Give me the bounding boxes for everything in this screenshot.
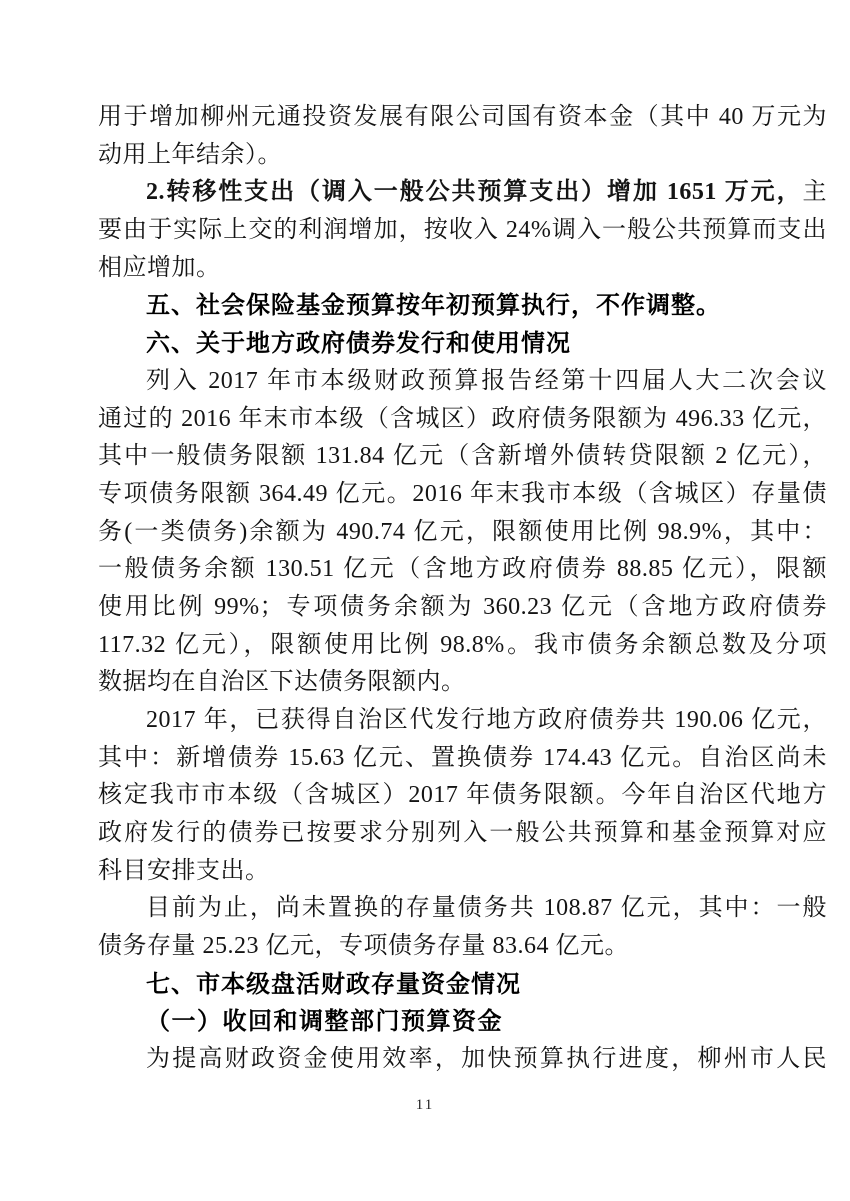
sub-heading: （一）收回和调整部门预算资金 <box>98 1004 827 1042</box>
text-run: 通过的 2016 年末市本级（含城区）政府债务限额为 496.33 亿元， <box>98 406 827 432</box>
text-run: 2017 年，已获得自治区代发行地方政府债券共 190.06 亿元， <box>146 707 827 733</box>
body-text-line: 要由于实际上交的利润增加，按收入 24%调入一般公共预算而支出 <box>98 212 827 250</box>
body-text-line: 动用上年结余）。 <box>98 137 827 175</box>
text-run: 2.转移性支出（调入一般公共预算支出）增加 1651 万元， <box>146 179 803 205</box>
body-text-line: 其中一般债务限额 131.84 亿元（含新增外债转贷限额 2 亿元）， <box>98 438 827 476</box>
body-text-line: 列入 2017 年市本级财政预算报告经第十四届人大二次会议 <box>98 363 827 401</box>
text-run: 数据均在自治区下达债务限额内。 <box>98 669 466 695</box>
text-run: 核定我市市本级（含城区）2017 年债务限额。今年自治区代地方 <box>98 782 827 808</box>
text-run: 其中：新增债券 15.63 亿元、置换债券 174.43 亿元。自治区尚未 <box>98 745 827 771</box>
text-run: 要由于实际上交的利润增加，按收入 24%调入一般公共预算而支出 <box>98 217 827 243</box>
document-body: 用于增加柳州元通投资发展有限公司国有资本金（其中 40 万元为动用上年结余）。2… <box>98 99 827 1079</box>
text-run: 列入 2017 年市本级财政预算报告经第十四届人大二次会议 <box>146 368 827 394</box>
text-run: 债务存量 25.23 亿元，专项债务存量 83.64 亿元。 <box>98 933 629 959</box>
body-text-line: 通过的 2016 年末市本级（含城区）政府债务限额为 496.33 亿元， <box>98 401 827 439</box>
body-text-line: 117.32 亿元），限额使用比例 98.8%。我市债务余额总数及分项 <box>98 627 827 665</box>
body-text-line: 专项债务限额 364.49 亿元。2016 年末我市本级（含城区）存量债 <box>98 476 827 514</box>
text-run: 科目安排支出。 <box>98 858 270 884</box>
text-run: 其中一般债务限额 131.84 亿元（含新增外债转贷限额 2 亿元）， <box>98 443 827 469</box>
text-run: 专项债务限额 364.49 亿元。2016 年末我市本级（含城区）存量债 <box>98 481 827 507</box>
text-run: 务(一类债务)余额为 490.74 亿元，限额使用比例 98.9%，其中： <box>98 519 827 545</box>
text-run: 目前为止，尚未置换的存量债务共 108.87 亿元，其中：一般 <box>146 895 827 921</box>
body-text-line: 相应增加。 <box>98 250 827 288</box>
text-run: 六、关于地方政府债券发行和使用情况 <box>146 330 571 357</box>
section-heading: 七、市本级盘活财政存量资金情况 <box>98 966 827 1004</box>
text-run: 一般债务余额 130.51 亿元（含地方政府债券 88.85 亿元），限额 <box>98 556 827 582</box>
body-text-line: 用于增加柳州元通投资发展有限公司国有资本金（其中 40 万元为 <box>98 99 827 137</box>
body-text-line: 一般债务余额 130.51 亿元（含地方政府债券 88.85 亿元），限额 <box>98 551 827 589</box>
section-heading: 六、关于地方政府债券发行和使用情况 <box>98 325 827 363</box>
text-run: 用于增加柳州元通投资发展有限公司国有资本金（其中 40 万元为 <box>98 104 827 130</box>
body-text-line: 2.转移性支出（调入一般公共预算支出）增加 1651 万元，主 <box>98 174 827 212</box>
section-heading: 五、社会保险基金预算按年初预算执行，不作调整。 <box>98 287 827 325</box>
body-text-line: 政府发行的债券已按要求分别列入一般公共预算和基金预算对应 <box>98 815 827 853</box>
body-text-line: 目前为止，尚未置换的存量债务共 108.87 亿元，其中：一般 <box>98 890 827 928</box>
body-text-line: 为提高财政资金使用效率，加快预算执行进度，柳州市人民 <box>98 1041 827 1079</box>
body-text-line: 2017 年，已获得自治区代发行地方政府债券共 190.06 亿元， <box>98 702 827 740</box>
text-run: 117.32 亿元），限额使用比例 98.8%。我市债务余额总数及分项 <box>98 632 827 658</box>
page-number: 11 <box>416 1097 434 1113</box>
text-run: 五、社会保险基金预算按年初预算执行，不作调整。 <box>146 292 721 319</box>
text-run: 七、市本级盘活财政存量资金情况 <box>146 971 521 998</box>
page-footer: 11 <box>0 1097 850 1114</box>
text-run: 相应增加。 <box>98 255 221 281</box>
body-text-line: 数据均在自治区下达债务限额内。 <box>98 664 827 702</box>
body-text-line: 其中：新增债券 15.63 亿元、置换债券 174.43 亿元。自治区尚未 <box>98 740 827 778</box>
body-text-line: 务(一类债务)余额为 490.74 亿元，限额使用比例 98.9%，其中： <box>98 514 827 552</box>
text-run: （一）收回和调整部门预算资金 <box>146 1009 503 1035</box>
text-run: 为提高财政资金使用效率，加快预算执行进度，柳州市人民 <box>146 1046 827 1072</box>
text-run: 主 <box>803 179 828 205</box>
body-text-line: 使用比例 99%；专项债务余额为 360.23 亿元（含地方政府债券 <box>98 589 827 627</box>
text-run: 动用上年结余）。 <box>98 142 282 168</box>
text-run: 使用比例 99%；专项债务余额为 360.23 亿元（含地方政府债券 <box>98 594 827 620</box>
body-text-line: 核定我市市本级（含城区）2017 年债务限额。今年自治区代地方 <box>98 777 827 815</box>
body-text-line: 债务存量 25.23 亿元，专项债务存量 83.64 亿元。 <box>98 928 827 966</box>
body-text-line: 科目安排支出。 <box>98 853 827 891</box>
text-run: 政府发行的债券已按要求分别列入一般公共预算和基金预算对应 <box>98 820 827 846</box>
